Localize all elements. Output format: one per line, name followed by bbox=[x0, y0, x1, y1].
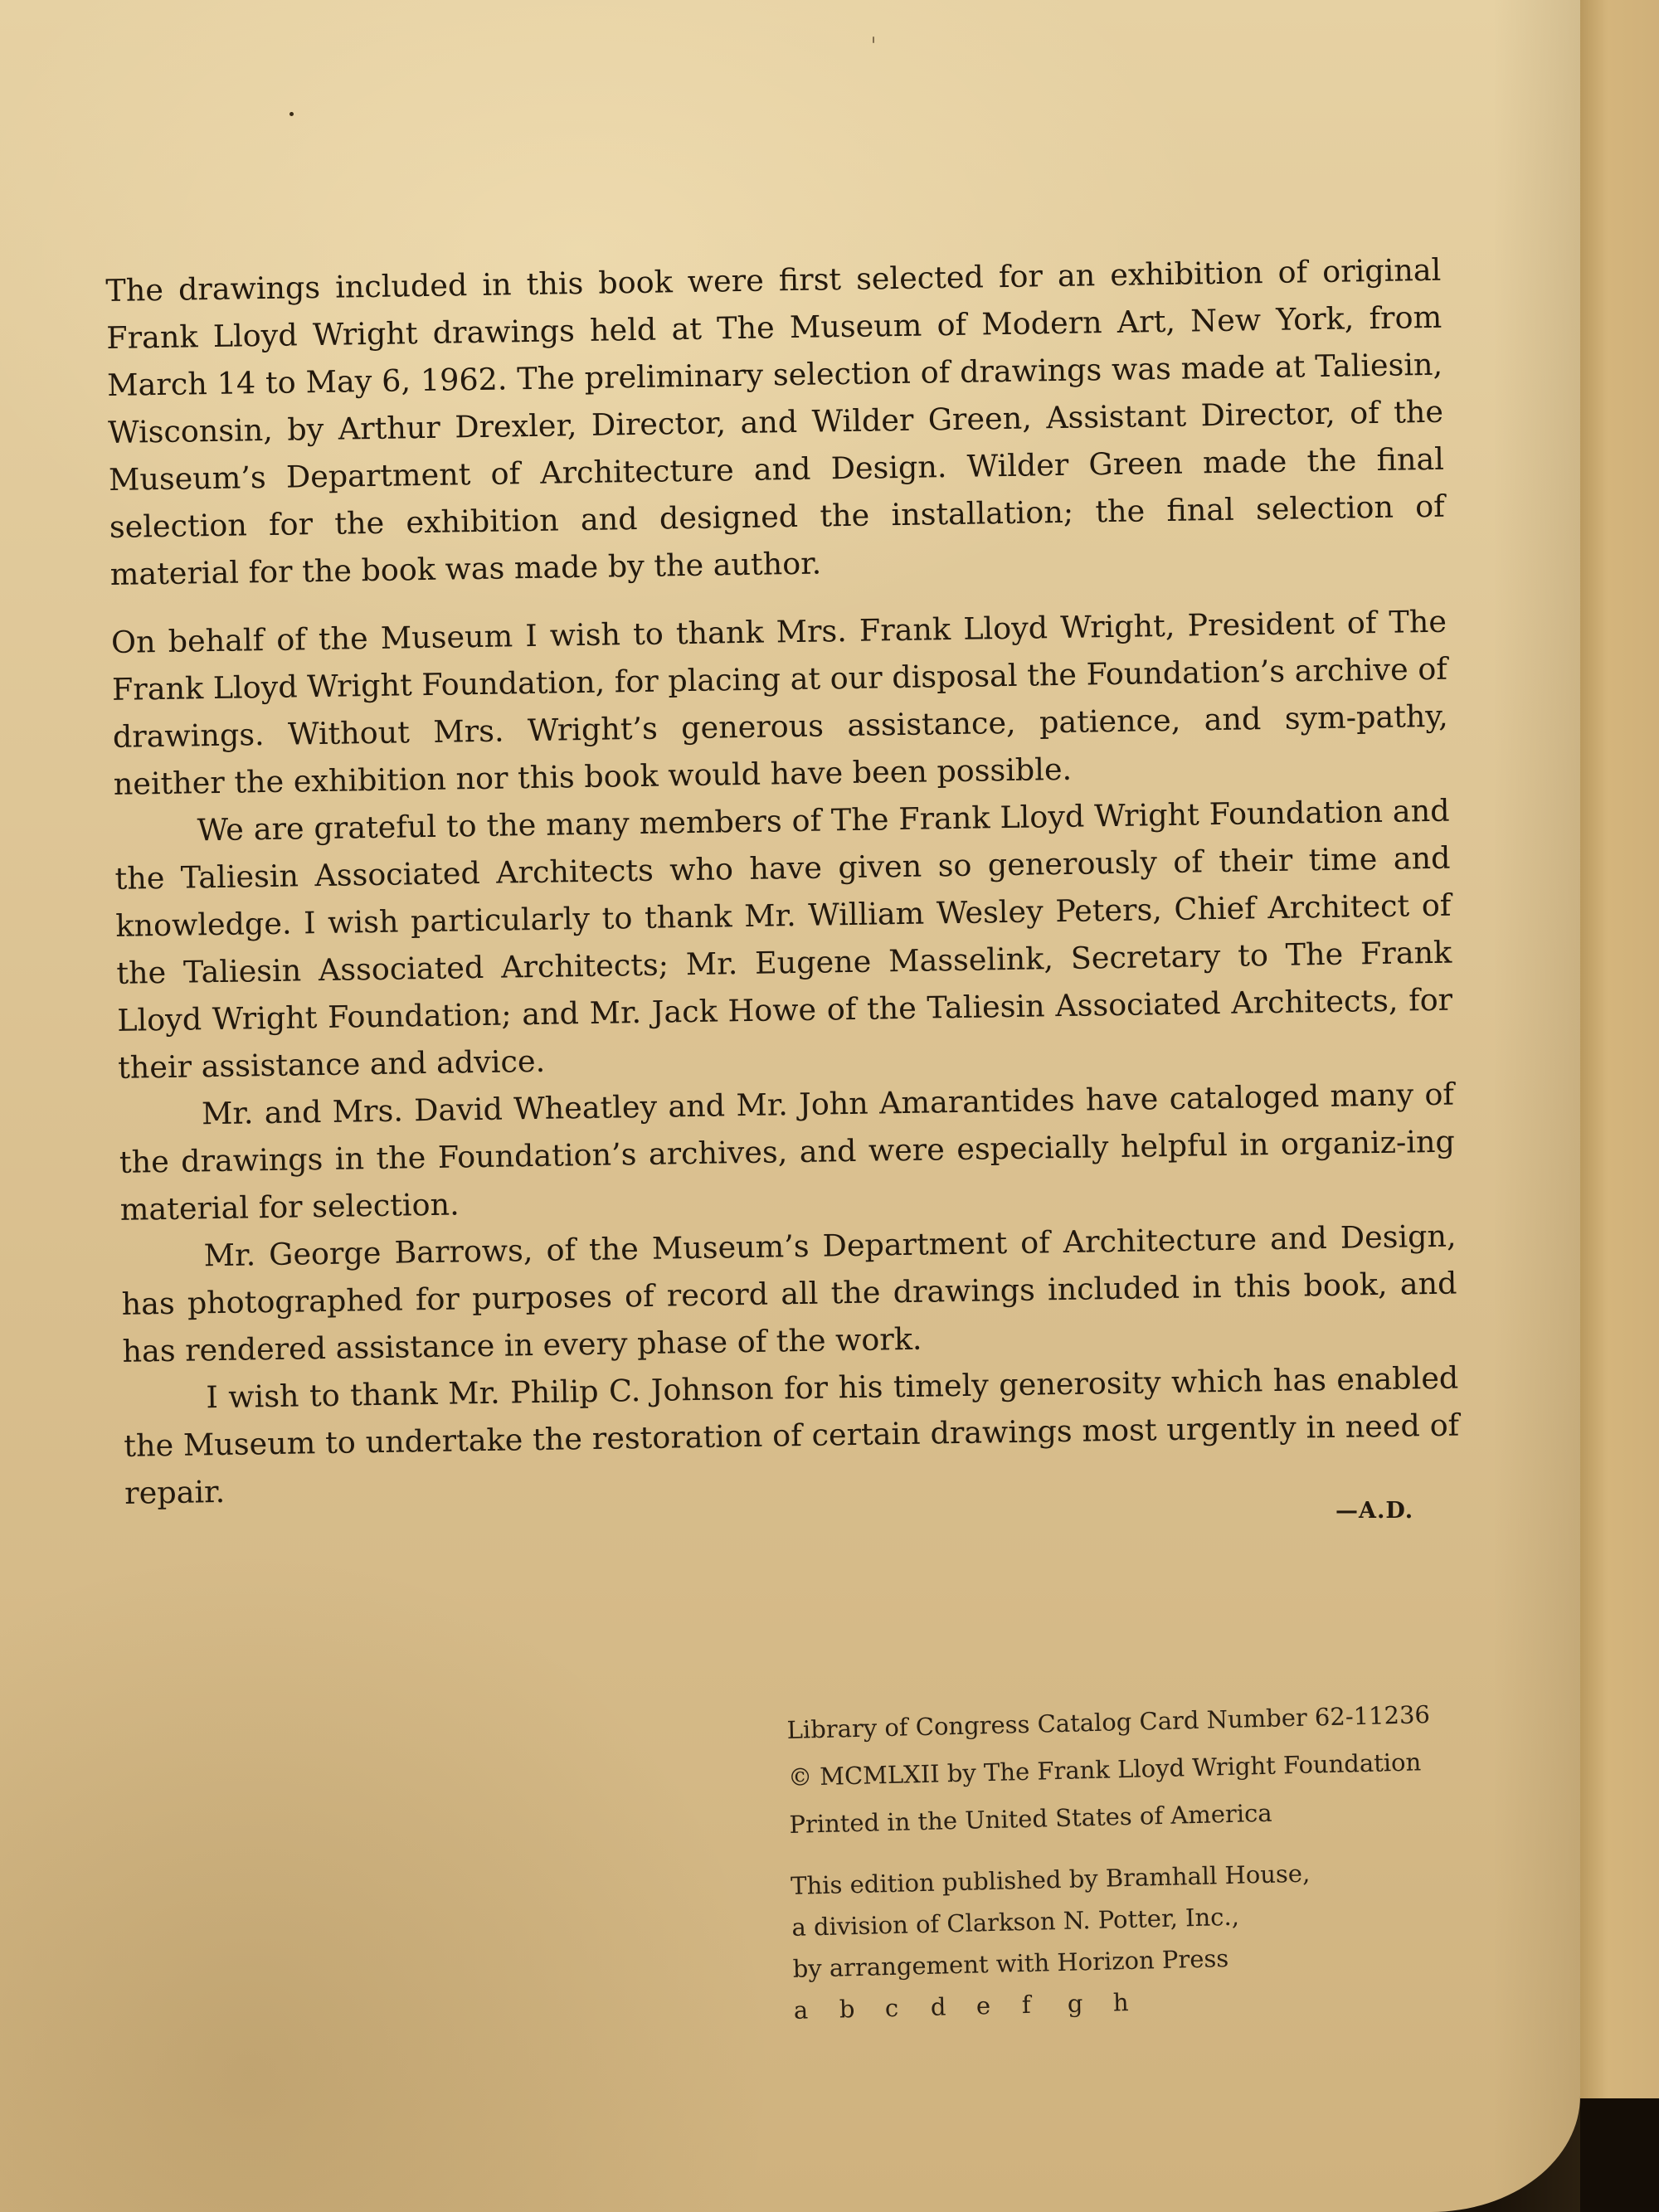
printing-letter: d bbox=[930, 1986, 976, 2028]
adjacent-page-edge bbox=[1580, 0, 1659, 2107]
page-corner-shadow bbox=[1580, 2098, 1659, 2212]
paragraph: I wish to thank Mr. Philip C. Johnson fo… bbox=[123, 1354, 1460, 1517]
paragraph: We are grateful to the many members of T… bbox=[114, 787, 1453, 1091]
printing-letter: a bbox=[793, 1989, 839, 2031]
author-signature: —A.D. bbox=[1335, 1498, 1413, 1524]
acknowledgments-text: The drawings included in this book were … bbox=[105, 246, 1460, 1517]
page-edge-shade bbox=[1493, 0, 1580, 2212]
paragraph: The drawings included in this book were … bbox=[105, 246, 1446, 598]
copyright-block: Library of Congress Catalog Card Number … bbox=[786, 1690, 1470, 1849]
paragraph: Mr. George Barrows, of the Museum’s Depa… bbox=[120, 1213, 1457, 1375]
printing-letter: b bbox=[839, 1987, 885, 2030]
paragraph: On behalf of the Museum I wish to thank … bbox=[111, 598, 1449, 808]
paper-speck bbox=[289, 112, 294, 116]
printing-letter: f bbox=[1021, 1983, 1068, 2025]
printing-letter: e bbox=[975, 1984, 1022, 2026]
printing-letter: g bbox=[1067, 1981, 1113, 2024]
printing-letter: c bbox=[884, 1986, 931, 2029]
colophon: Library of Congress Catalog Card Number … bbox=[786, 1690, 1474, 2031]
printing-letter: h bbox=[1112, 1981, 1159, 2023]
paper-speck bbox=[873, 36, 874, 43]
publisher-block: This edition published by Bramhall House… bbox=[791, 1849, 1475, 2031]
paragraph: Mr. and Mrs. David Wheatley and Mr. John… bbox=[119, 1071, 1456, 1233]
